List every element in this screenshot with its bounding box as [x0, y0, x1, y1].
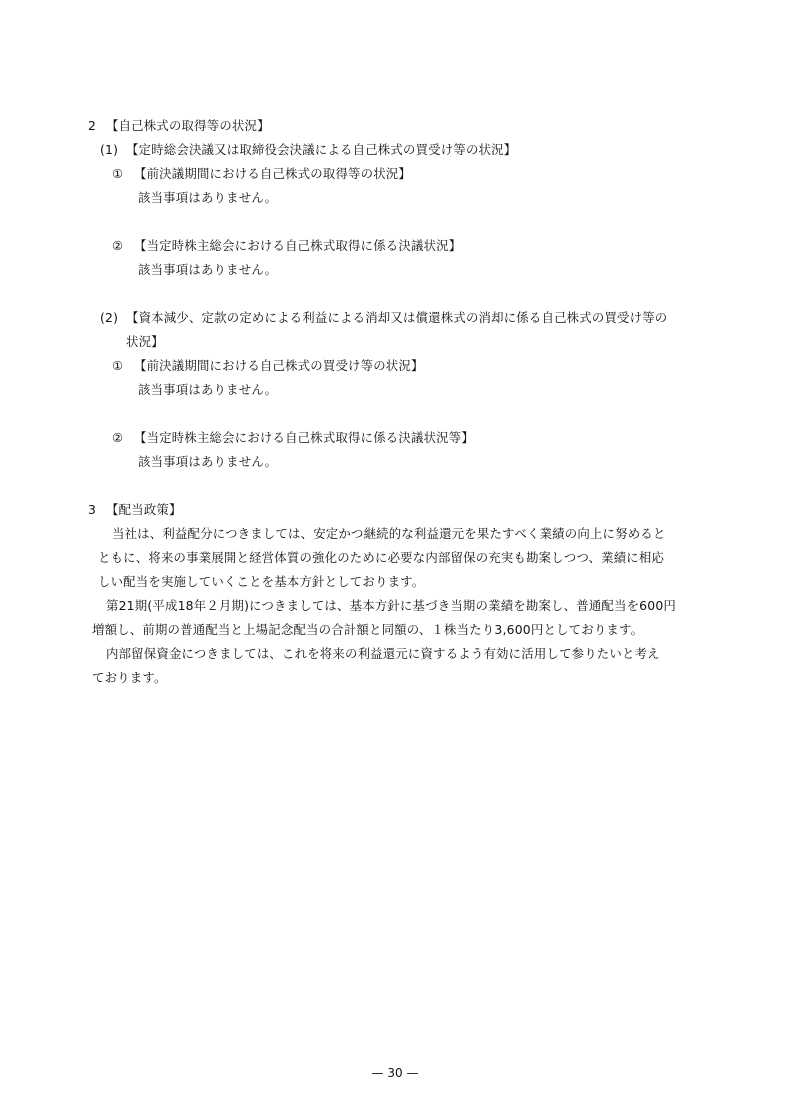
paragraph-line: しい配当を実施していくことを基本方針としております。 — [98, 574, 424, 590]
item-number: ② — [112, 430, 123, 446]
section-3-heading: 【配当政策】 — [106, 502, 182, 518]
paragraph-line: 当社は、利益配分につきましては、安定かつ継続的な利益還元を果たすべく業績の向上に… — [112, 526, 666, 542]
subsection-2-title: 【資本減少、定款の定めによる利益による消却又は償還株式の消却に係る自己株式の買受… — [126, 310, 667, 326]
subsection-1-title: 【定時総会決議又は取締役会決議による自己株式の買受け等の状況】 — [126, 142, 516, 158]
subsection-1-number: (1) — [100, 142, 118, 158]
item-title: 【当定時株主総会における自己株式取得に係る決議状況】 — [134, 238, 461, 254]
item-body: 該当事項はありません。 — [138, 190, 277, 206]
paragraph-line: 増額し、前期の普通配当と上場記念配当の合計額と同額の、１株当たり3,600円とし… — [92, 622, 643, 638]
paragraph-line: 第21期(平成18年２月期)につきましては、基本方針に基づき当期の業績を勘案し、… — [106, 598, 676, 614]
item-body: 該当事項はありません。 — [138, 454, 277, 470]
item-number: ① — [112, 358, 123, 374]
item-body: 該当事項はありません。 — [138, 262, 277, 278]
item-number: ② — [112, 238, 123, 254]
subsection-2-title-cont: 状況】 — [126, 334, 164, 350]
item-body: 該当事項はありません。 — [138, 382, 277, 398]
subsection-2-number: (2) — [100, 310, 118, 326]
item-title: 【当定時株主総会における自己株式取得に係る決議状況等】 — [134, 430, 474, 446]
section-3-number: 3 — [88, 502, 96, 518]
paragraph-line: 内部留保資金につきましては、これを将来の利益還元に資するよう有効に活用して参りた… — [106, 646, 660, 662]
item-number: ① — [112, 166, 123, 182]
item-title: 【前決議期間における自己株式の取得等の状況】 — [134, 166, 411, 182]
paragraph-line: ております。 — [92, 670, 167, 686]
page-number: — 30 — — [0, 1066, 790, 1080]
paragraph-line: ともに、将来の事業展開と経営体質の強化のために必要な内部留保の充実も勘案しつつ、… — [98, 550, 664, 566]
section-2-heading: 【自己株式の取得等の状況】 — [106, 118, 270, 134]
item-title: 【前決議期間における自己株式の買受け等の状況】 — [134, 358, 424, 374]
section-2-number: 2 — [88, 118, 96, 134]
